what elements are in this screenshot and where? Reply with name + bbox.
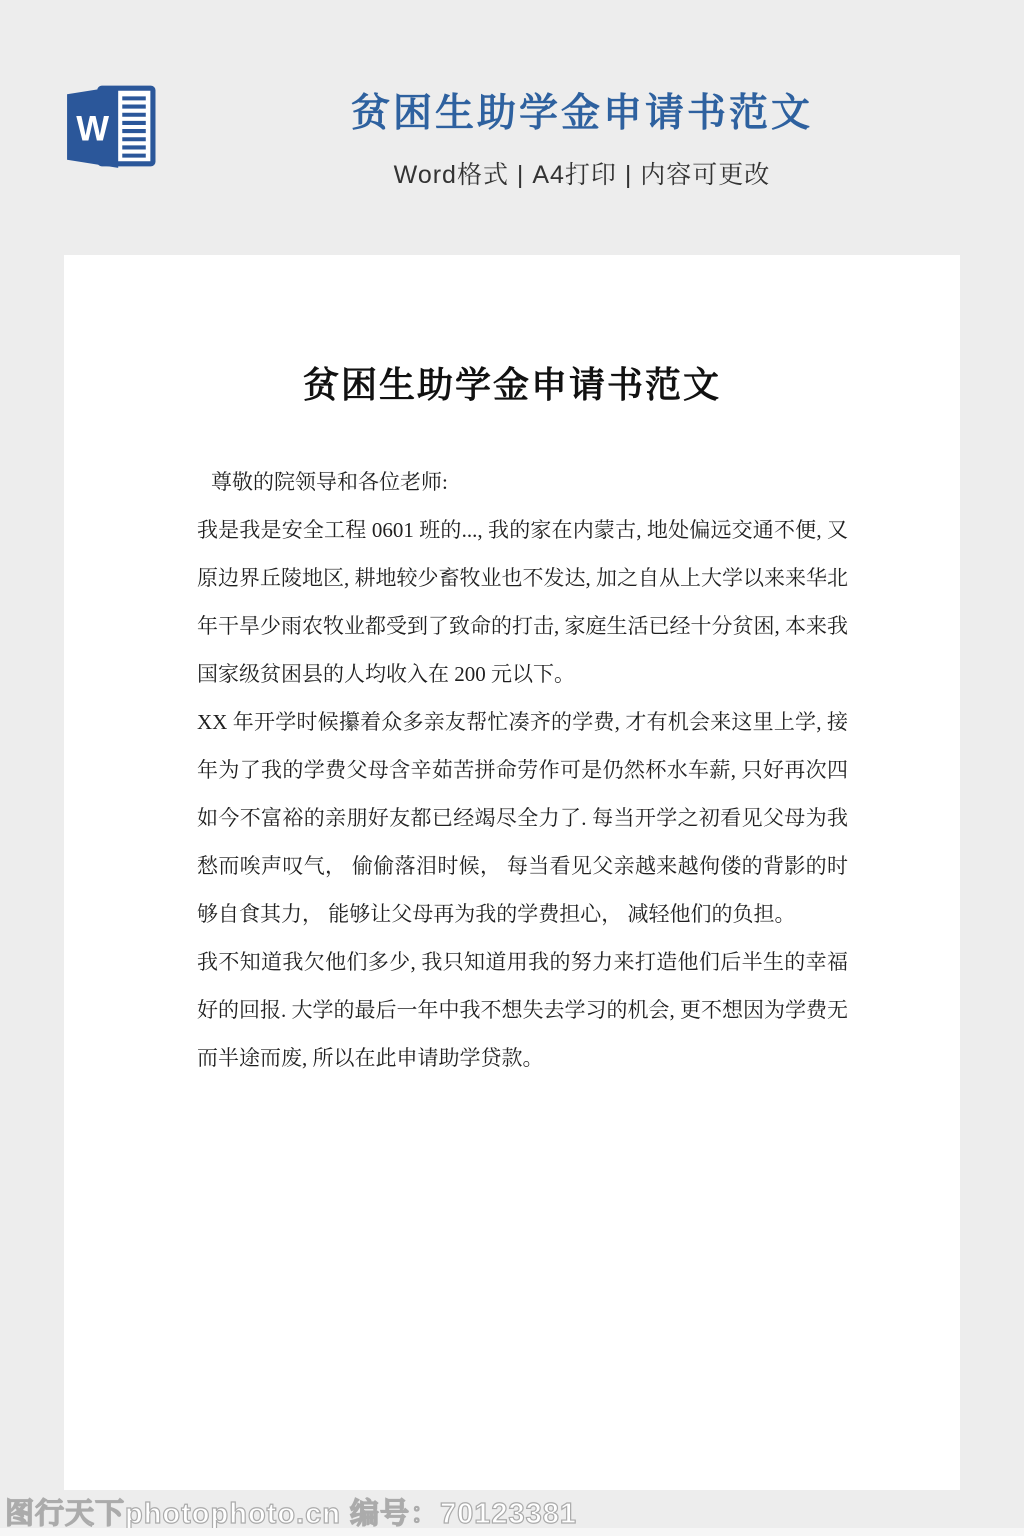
text-line: 愁而唉声叹气， 偷偷落泪时候， 每当看见父亲越来越佝偻的背影的时候我多想能 <box>197 842 848 890</box>
text-line: XX 年开学时候攥着众多亲友帮忙凑齐的学费, 才有机会来这里上学, 接下来的两 <box>197 698 848 746</box>
word-logo-letter: W <box>76 110 109 148</box>
text-line: 如今不富裕的亲朋好友都已经竭尽全力了. 每当开学之初看见父母为我的学费发 <box>197 794 848 842</box>
text-line: 好的回报. 大学的最后一年中我不想失去学习的机会, 更不想因为学费无法交齐 <box>197 986 848 1034</box>
site-watermark: 图行天下photophoto.cn 编号：70123381 <box>5 1491 577 1532</box>
paragraph: 我不知道我欠他们多少, 我只知道用我的努力来打造他们后半生的幸福安乐是最好的回报… <box>197 938 848 1082</box>
salutation-line: 尊敬的院领导和各位老师: <box>197 458 848 506</box>
bottom-strip <box>0 1528 1024 1536</box>
text-line: 我不知道我欠他们多少, 我只知道用我的努力来打造他们后半生的幸福安乐是最 <box>197 938 848 986</box>
header-text: 贫困生助学金申请书范文 Word格式 | A4打印 | 内容可更改 <box>140 93 1024 191</box>
paragraph: XX 年开学时候攥着众多亲友帮忙凑齐的学费, 才有机会来这里上学, 接下来的两年… <box>197 698 848 938</box>
text-line: 国家级贫困县的人均收入在 200 元以下。 <box>197 650 848 698</box>
text-line: 原边界丘陵地区, 耕地较少畜牧业也不发达, 加之自从上大学以来来华北地区连 <box>197 554 848 602</box>
template-subtitle: Word格式 | A4打印 | 内容可更改 <box>140 155 1024 191</box>
text-line: 我是我是安全工程 0601 班的..., 我的家在内蒙古, 地处偏远交通不便, … <box>197 506 848 554</box>
text-line: 而半途而废, 所以在此申请助学贷款。 <box>197 1034 848 1082</box>
template-title: 贫困生助学金申请书范文 <box>140 93 1024 136</box>
document-title: 贫困生助学金申请书范文 <box>64 365 960 406</box>
text-line: 够自食其力， 能够让父母再为我的学费担心， 减轻他们的负担。 <box>197 890 848 938</box>
document-page: 贫困生助学金申请书范文 尊敬的院领导和各位老师: 我是我是安全工程 0601 班… <box>64 255 960 1490</box>
document-body: 尊敬的院领导和各位老师: 我是我是安全工程 0601 班的..., 我的家在内蒙… <box>197 458 848 1082</box>
header: W 贫困生助学金申请书范文 Word格式 | A4打印 | 内容可更改 <box>0 0 1024 255</box>
text-line: 年为了我的学费父母含辛茹苦拼命劳作可是仍然杯水车薪, 只好再次四处求借, <box>197 746 848 794</box>
paragraph: 我是我是安全工程 0601 班的..., 我的家在内蒙古, 地处偏远交通不便, … <box>197 506 848 698</box>
text-line: 年干旱少雨农牧业都受到了致命的打击, 家庭生活已经十分贫困, 本来我们这个 <box>197 602 848 650</box>
document-paragraphs: 我是我是安全工程 0601 班的..., 我的家在内蒙古, 地处偏远交通不便, … <box>197 506 848 1082</box>
